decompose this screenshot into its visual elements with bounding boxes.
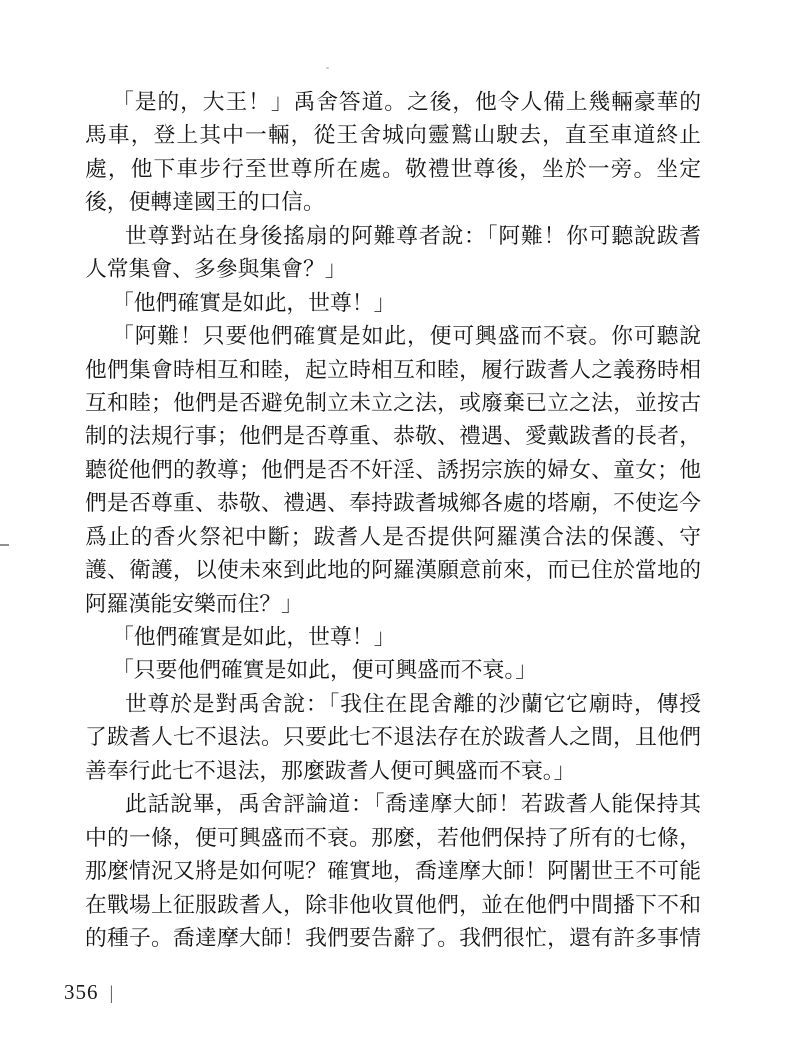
text-line: 阿羅漢能安樂而住？」 xyxy=(85,588,701,621)
text-line: 那麼情況又將是如何呢？確實地，喬達摩大師！阿闍世王不可能 xyxy=(85,855,701,888)
text-line: 護、衛護，以使未來到此地的阿羅漢願意前來，而已住於當地的 xyxy=(85,554,701,587)
text-line: 中的一條，便可興盛而不衰。那麼，若他們保持了所有的七條， xyxy=(85,822,701,855)
text-line: 後，便轉達國王的口信。 xyxy=(85,186,701,219)
text-line: 互和睦；他們是否避免制立未立之法，或廢棄已立之法，並按古 xyxy=(85,387,701,420)
book-page: 「是的，大王！」禹舍答道。之後，他令人備上幾輛豪華的馬車，登上其中一輛，從王舍城… xyxy=(0,0,792,1056)
text-block: 「是的，大王！」禹舍答道。之後，他令人備上幾輛豪華的馬車，登上其中一輛，從王舍城… xyxy=(85,86,701,955)
text-line: 在戰場上征服跋耆人，除非他收買他們，並在他們中間播下不和 xyxy=(85,889,701,922)
text-line: 馬車，登上其中一輛，從王舍城向靈鷲山駛去，直至車道終止 xyxy=(85,119,701,152)
text-line: 處，他下車步行至世尊所在處。敬禮世尊後，坐於一旁。坐定 xyxy=(85,153,701,186)
page-number: 356 xyxy=(64,980,99,1005)
page-footer: 356 | xyxy=(64,980,113,1005)
text-line: 了跋耆人七不退法。只要此七不退法存在於跋耆人之間，且他們 xyxy=(85,721,701,754)
scan-artifact-speck xyxy=(326,67,329,69)
text-line: 善奉行此七不退法，那麼跋耆人便可興盛而不衰。」 xyxy=(85,755,701,788)
text-line: 他們集會時相互和睦，起立時相互和睦，履行跋耆人之義務時相 xyxy=(85,354,701,387)
text-line: 人常集會、多參與集會？」 xyxy=(85,253,701,286)
text-line: 世尊於是對禹舍說：「我住在毘舍離的沙蘭它它廟時，傳授 xyxy=(85,688,701,721)
text-line: 此話說畢，禹舍評論道：「喬達摩大師！若跋耆人能保持其 xyxy=(85,788,701,821)
scan-artifact-dash xyxy=(0,544,9,546)
text-line: 爲止的香火祭祀中斷；跋耆人是否提供阿羅漢合法的保護、守 xyxy=(85,521,701,554)
text-line: 「是的，大王！」禹舍答道。之後，他令人備上幾輛豪華的 xyxy=(85,86,701,119)
text-line: 「阿難！只要他們確實是如此，便可興盛而不衰。你可聽說 xyxy=(85,320,701,353)
text-line: 「只要他們確實是如此，便可興盛而不衰。」 xyxy=(85,654,701,687)
text-line: 世尊對站在身後搖扇的阿難尊者說：「阿難！你可聽說跋耆 xyxy=(85,220,701,253)
text-line: 「他們確實是如此，世尊！」 xyxy=(85,621,701,654)
text-line: 聽從他們的教導；他們是否不奸淫、誘拐宗族的婦女、童女；他 xyxy=(85,454,701,487)
text-line: 們是否尊重、恭敬、禮遇、奉持跋耆城鄉各處的塔廟，不使迄今 xyxy=(85,487,701,520)
footer-separator: | xyxy=(110,983,114,1005)
text-line: 制的法規行事；他們是否尊重、恭敬、禮遇、愛戴跋耆的長者， xyxy=(85,420,701,453)
text-line: 「他們確實是如此，世尊！」 xyxy=(85,287,701,320)
text-line: 的種子。喬達摩大師！我們要告辭了。我們很忙，還有許多事情 xyxy=(85,922,701,955)
